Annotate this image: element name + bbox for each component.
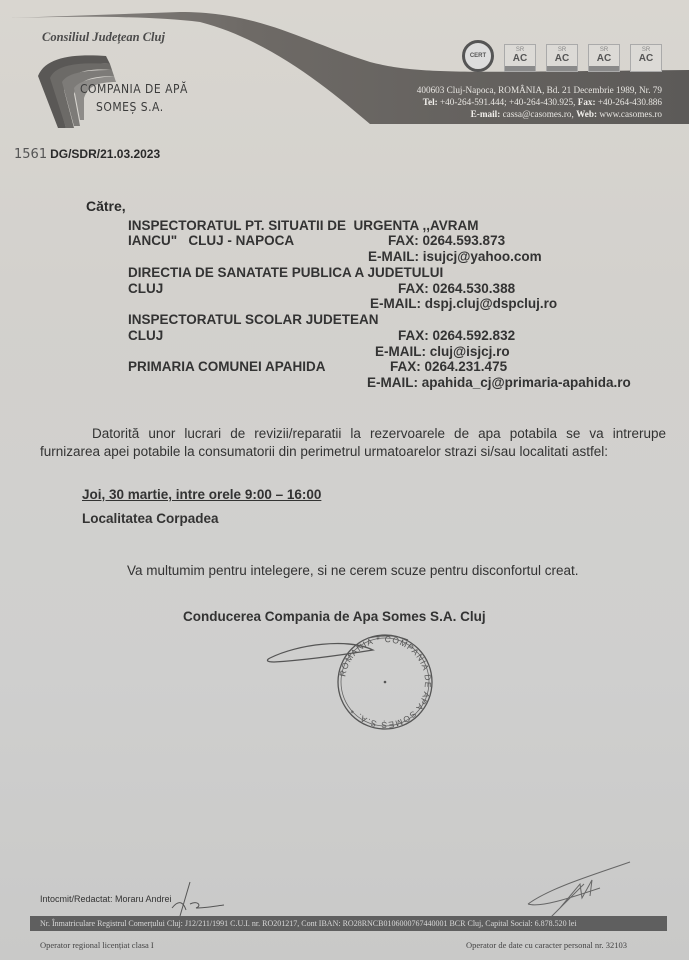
recipient-fax: FAX: 0264.593.873 [388,233,505,248]
signature-line: Conducerea Compania de Apa Somes S.A. Cl… [183,609,486,624]
interruption-schedule: Joi, 30 martie, intre orele 9:00 – 16:00 [82,487,321,502]
recipient-email[interactable]: E-MAIL: apahida_cj@primaria-apahida.ro [367,375,631,390]
sr-ac-badge-icon: SRAC [630,44,662,72]
company-name-line2: SOMEȘ S.A. [96,100,164,114]
company-contact-block: 400603 Cluj-Napoca, ROMÂNIA, Bd. 21 Dece… [417,84,662,120]
certification-badges: CERT SRAC SRAC SRAC SRAC [462,40,662,72]
preparer-signature-icon [160,878,230,918]
salutation: Către, [86,198,126,214]
notice-paragraph: Datorită unor lucrari de revizii/reparat… [40,425,666,461]
company-web-link[interactable]: www.casomes.ro [599,109,662,119]
handwritten-registry-number: 1561 [14,147,47,162]
sr-ac-badge-icon: SRAC [546,44,578,72]
recipient-email[interactable]: E-MAIL: isujcj@yahoo.com [368,249,542,264]
recipient-fax: FAX: 0264.530.388 [398,281,515,296]
regional-operator-license: Operator regional licențiat clasa I [40,940,154,950]
council-name: Consiliul Județean Cluj [42,30,165,45]
company-email-web: E-mail: cassa@casomes.ro, Web: www.casom… [417,108,662,120]
company-phone-fax: Tel: +40-264-591.444; +40-264-430.925, F… [417,96,662,108]
apology-text: Va multumim pentru intelegere, si ne cer… [127,563,578,578]
recipient-fax: FAX: 0264.592.832 [398,328,515,343]
document-reference: 1561DG/SDR/21.03.2023 [14,147,160,162]
registration-bar: Nr. Înmatriculare Registrul Comerțului C… [30,916,667,931]
company-address: 400603 Cluj-Napoca, ROMÂNIA, Bd. 21 Dece… [417,84,662,96]
recipient-name: INSPECTORATUL SCOLAR JUDETEAN [128,312,379,327]
recipient-fax: FAX: 0264.231.475 [390,359,507,374]
data-operator-number: Operator de date cu caracter personal nr… [466,940,627,950]
cert-badge-icon: CERT [462,40,494,72]
affected-location: Localitatea Corpadea [82,511,219,526]
company-name-line1: COMPANIA DE APĂ [80,82,188,96]
recipient-name: IANCU" CLUJ - NAPOCA [128,233,294,248]
recipient-name: INSPECTORATUL PT. SITUATII DE URGENTA ,,… [128,218,479,233]
official-stamp-icon: ROMÂNIA * COMPANIA DE APA SOMEȘ S.A. * [258,630,438,735]
director-signature-icon [520,858,640,918]
recipient-name: DIRECTIA DE SANATATE PUBLICA A JUDETULUI [128,265,443,280]
reference-number: DG/SDR/21.03.2023 [50,147,160,161]
prepared-by: Intocmit/Redactat: Moraru Andrei [40,894,172,904]
recipient-email[interactable]: E-MAIL: dspj.cluj@dspcluj.ro [370,296,557,311]
recipient-name: PRIMARIA COMUNEI APAHIDA [128,359,326,374]
company-email-link[interactable]: cassa@casomes.ro, [503,109,574,119]
sr-ac-badge-icon: SRAC [504,44,536,72]
sr-ac-badge-icon: SRAC [588,44,620,72]
recipient-name: CLUJ [128,281,163,296]
recipient-email[interactable]: E-MAIL: cluj@isjcj.ro [375,344,510,359]
recipient-name: CLUJ [128,328,163,343]
